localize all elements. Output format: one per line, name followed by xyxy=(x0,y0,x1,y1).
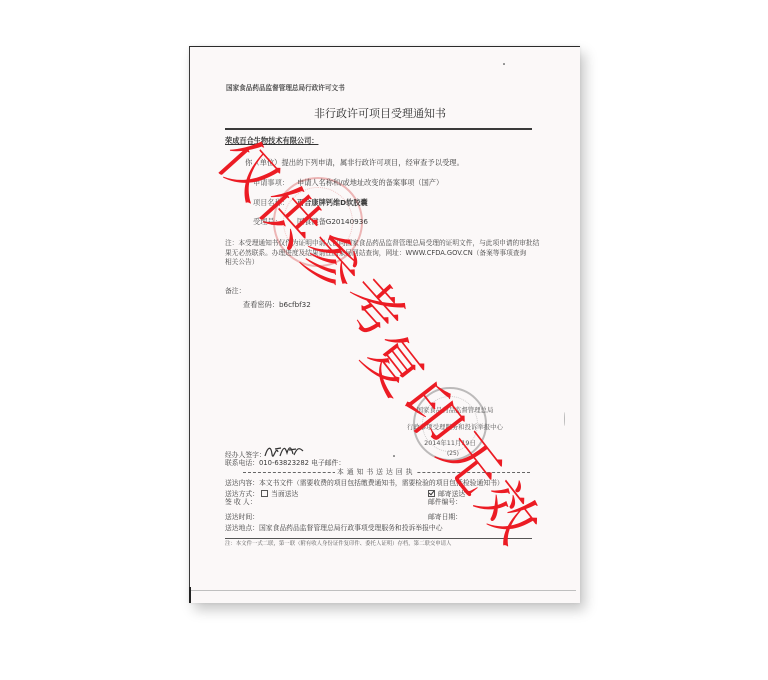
query-password: 查看密码：b6cfbf32 xyxy=(243,300,311,310)
footer-note: 注：本文件一式二联，第一联（附有收人身份证件复印件、委托人证明）存档，第二联交申… xyxy=(225,539,451,549)
scan-speck xyxy=(564,412,565,426)
receipt-title: 本通知书送达回执 xyxy=(335,467,417,477)
scan-bottom-edge xyxy=(189,590,576,591)
document-title: 非行政许可项目受理通知书 xyxy=(270,107,490,121)
password-value: b6cfbf32 xyxy=(279,300,311,309)
title-rule xyxy=(225,128,532,130)
checkbox-mail xyxy=(428,490,435,497)
remarks-label: 备注： xyxy=(225,286,245,296)
note-line: 相关公告） xyxy=(225,257,258,267)
issuer-header: 国家食品药品监督管理总局行政许可文书 xyxy=(226,83,345,93)
scan-speck xyxy=(393,455,395,457)
mail-date-label: 邮寄日期： xyxy=(428,512,462,522)
scan-speck xyxy=(503,63,505,65)
field-value: 申请人名称和/或地址改变的备案事项（国产） xyxy=(297,178,443,187)
note-line: 果无必然联系。办理进度及结果请在国家局网站查询，网址：WWW.CFDA.GOV.… xyxy=(225,248,526,258)
checkbox-in-person xyxy=(261,490,268,497)
contact-info: 联系电话：010-63823282 电子邮件： xyxy=(225,458,345,468)
password-label: 查看密码： xyxy=(243,300,279,309)
option-in-person: 当面送达 xyxy=(271,490,298,498)
delivery-location: 送达地点：国家食品药品监督管理总局行政事项受理服务和投诉举报中心 xyxy=(225,523,443,533)
delivery-time-label: 送达时间： xyxy=(225,512,259,522)
scan-edge-mark xyxy=(189,587,191,603)
signer-label: 签 收 人： xyxy=(225,497,257,507)
